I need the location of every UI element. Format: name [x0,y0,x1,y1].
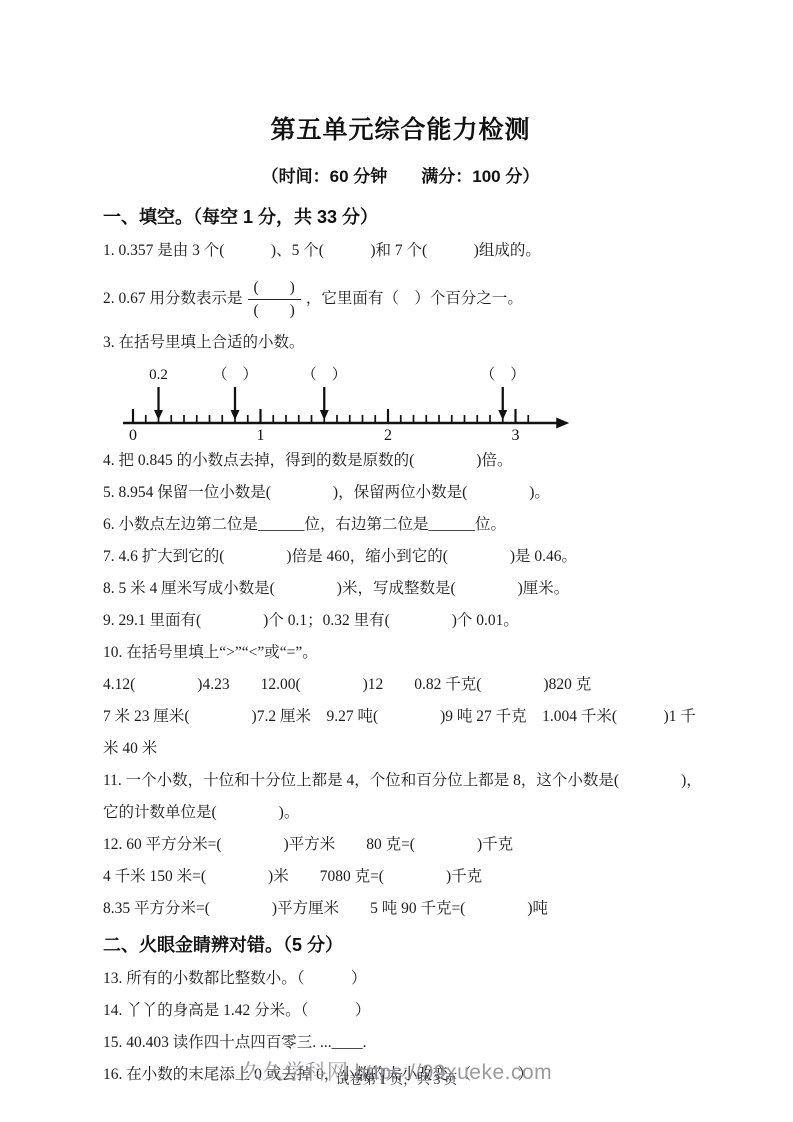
svg-text:0.2: 0.2 [149,367,168,383]
question-11-line2: 它的计数单位是( )。 [103,803,698,823]
question-12-line2: 4 千米 150 米=( )米 7080 克=( )千克 [103,867,698,887]
svg-text:（ ）: （ ） [302,366,347,383]
exam-meta: （时间：60 分钟 满分：100 分） [103,162,698,187]
svg-text:0: 0 [129,427,137,443]
svg-text:3: 3 [512,427,520,443]
question-2-suffix: ，它里面有（ ）个百分之一。 [306,289,523,309]
page-number: 试卷第 1 页，共 3 页 [0,1068,793,1088]
question-10: 10. 在括号里填上“>”“<”或“=”。 [103,643,698,663]
question-10-line3: 米 40 米 [103,739,698,759]
section1-heading: 一、填空。（每空 1 分，共 33 分） [103,203,698,229]
question-7: 7. 4.6 扩大到它的( )倍是 460，缩小到它的( )是 0.46。 [103,547,698,567]
question-9: 9. 29.1 里面有( )个 0.1；0.32 里有( )个 0.01。 [103,611,698,631]
question-12-line1: 12. 60 平方分米=( )平方米 80 克=( )千克 [103,835,698,855]
page-title: 第五单元综合能力检测 [103,110,698,146]
exam-page: 第五单元综合能力检测 （时间：60 分钟 满分：100 分） 一、填空。（每空 … [0,0,793,1122]
svg-text:（ ）: （ ） [480,366,525,383]
question-11-line1: 11. 一个小数，十位和十分位上都是 4，个位和百分位上都是 8，这个小数是( … [103,771,698,791]
question-10-line2: 7 米 23 厘米( )7.2 厘米 9.27 吨( )9 吨 27 千克 1.… [103,707,698,727]
number-line-figure: 01230.2（ ）（ ）（ ） [109,365,579,443]
exam-content: 第五单元综合能力检测 （时间：60 分钟 满分：100 分） 一、填空。（每空 … [0,0,793,1085]
question-5: 5. 8.954 保留一位小数是( )，保留两位小数是( )。 [103,483,698,503]
question-14: 14. 丫丫的身高是 1.42 分米。（ ） [103,1001,698,1021]
svg-text:1: 1 [257,427,265,443]
question-8: 8. 5 米 4 厘米写成小数是( )米，写成整数是( )厘米。 [103,579,698,599]
question-15: 15. 40.403 读作四十点四百零三. ...____. [103,1033,698,1053]
svg-text:（ ）: （ ） [212,366,257,383]
question-3: 3. 在括号里填上合适的小数。 [103,333,698,353]
question-10-line1: 4.12( )4.23 12.00( )12 0.82 千克( )820 克 [103,675,698,695]
section2-heading: 二、火眼金睛辨对错。（5 分） [103,931,698,957]
page-footer: 久久学科网 https://99xueke.com 试卷第 1 页，共 3 页 [0,1052,793,1112]
question-2: 2. 0.67 用分数表示是( )( )，它里面有（ ）个百分之一。 [103,273,698,325]
question-2-fraction-denominator: ( ) [248,300,301,320]
question-13: 13. 所有的小数都比整数小。（ ） [103,969,698,989]
svg-text:2: 2 [384,427,392,443]
question-4: 4. 把 0.845 的小数点去掉，得到的数是原数的( )倍。 [103,451,698,471]
question-6: 6. 小数点左边第二位是______位，右边第二位是______位。 [103,515,698,535]
question-2-prefix: 2. 0.67 用分数表示是 [103,289,243,309]
question-12-line3: 8.35 平方分米=( )平方厘米 5 吨 90 千克=( )吨 [103,899,698,919]
question-2-fraction: ( )( ) [248,278,301,320]
question-1: 1. 0.357 是由 3 个( )、5 个( )和 7 个( )组成的。 [103,241,698,261]
question-2-fraction-numerator: ( ) [248,278,301,299]
